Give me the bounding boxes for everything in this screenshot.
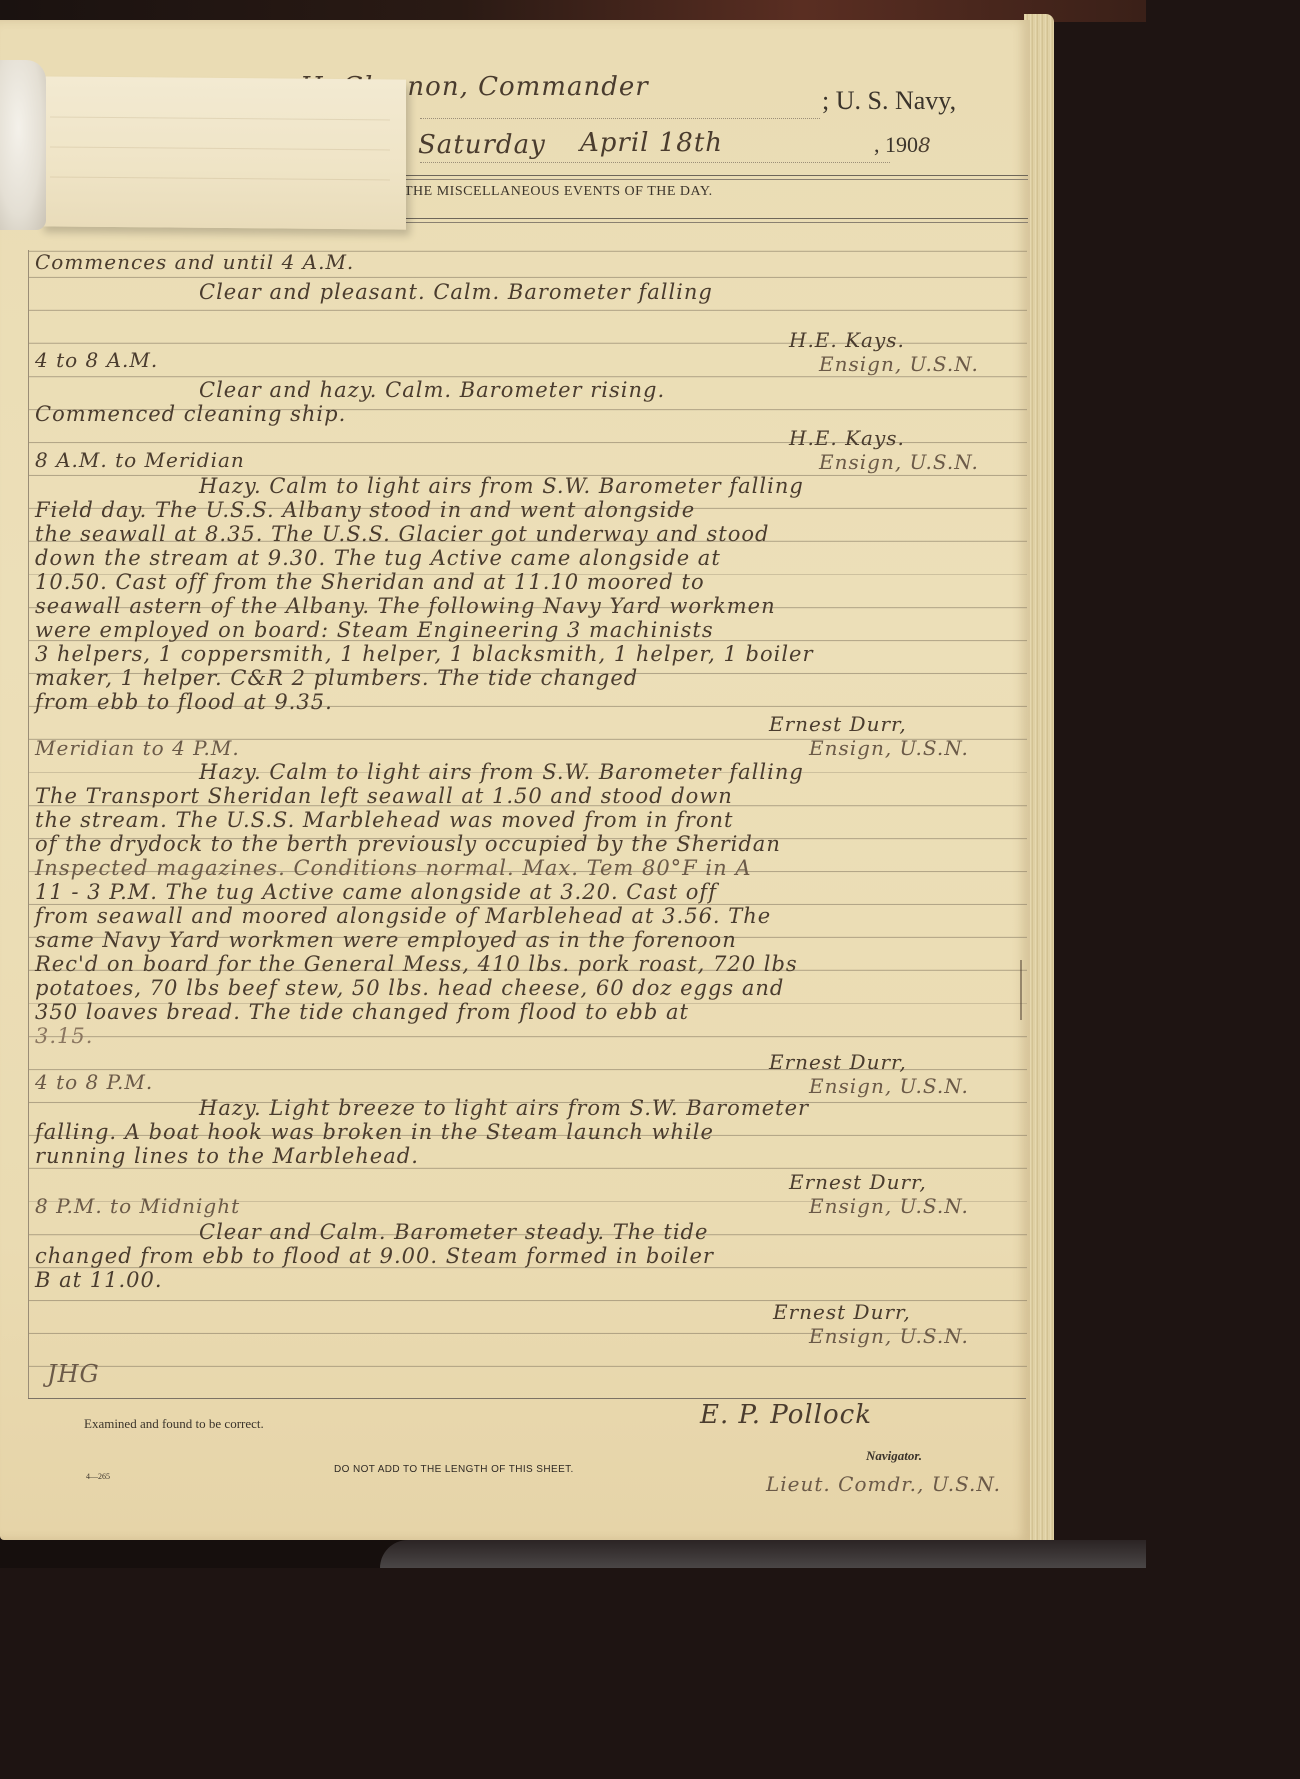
examined-statement: Examined and found to be correct. xyxy=(84,1416,264,1432)
day-of-week: Saturday xyxy=(418,130,546,160)
officer-rank: Ensign, U.S.N. xyxy=(809,1194,969,1218)
navigator-rank: Lieut. Comdr., U.S.N. xyxy=(766,1472,1001,1496)
log-line: Rec'd on board for the General Mess, 410… xyxy=(35,952,798,976)
book-cover-edge xyxy=(0,0,1146,22)
watch-heading: 4 to 8 A.M. xyxy=(35,348,158,372)
section-title: THE MISCELLANEOUS EVENTS OF THE DAY. xyxy=(404,184,713,200)
log-sheet: H. Glennon, Commander ; U. S. Navy, Satu… xyxy=(0,20,1030,1540)
log-line: Field day. The U.S.S. Albany stood in an… xyxy=(35,498,695,522)
sheet-length-notice: DO NOT ADD TO THE LENGTH OF THIS SHEET. xyxy=(334,1464,574,1475)
log-line: seawall astern of the Albany. The follow… xyxy=(35,594,776,618)
log-line: of the drydock to the berth previously o… xyxy=(35,832,781,856)
margin-initials: JHG xyxy=(47,1360,100,1388)
log-line: 3 helpers, 1 coppersmith, 1 helper, 1 bl… xyxy=(35,642,814,666)
officer-rank: Ensign, U.S.N. xyxy=(819,450,979,474)
officer-rank: Ensign, U.S.N. xyxy=(809,1324,969,1348)
book-bottom-edge xyxy=(0,1540,1146,1568)
flap-ghost-line xyxy=(50,146,390,150)
scanned-log-page: H. Glennon, Commander ; U. S. Navy, Satu… xyxy=(0,0,1146,1568)
year-prefix: , 190 xyxy=(874,132,918,157)
log-line: 350 loaves bread. The tide changed from … xyxy=(35,1000,689,1024)
log-line: Inspected magazines. Conditions normal. … xyxy=(35,856,752,880)
navigator-signature: E. P. Pollock xyxy=(700,1400,872,1430)
watch-heading: 8 P.M. to Midnight xyxy=(35,1194,240,1218)
officer-signature: Ernest Durr, xyxy=(769,1050,907,1074)
log-line: Hazy. Calm to light airs from S.W. Barom… xyxy=(199,474,804,498)
log-line: Clear and pleasant. Calm. Barometer fall… xyxy=(199,280,713,304)
margin-mark xyxy=(1020,960,1028,1020)
watch-heading: Commences and until 4 A.M. xyxy=(35,250,354,274)
officer-rank: Ensign, U.S.N. xyxy=(819,352,979,376)
year-field: , 1908 xyxy=(874,132,932,158)
officer-signature: H.E. Kays. xyxy=(789,328,905,352)
log-line: Clear and Calm. Barometer steady. The ti… xyxy=(199,1220,708,1244)
log-line: running lines to the Marblehead. xyxy=(35,1144,419,1168)
log-date: April 18th xyxy=(580,128,723,158)
log-line: The Transport Sheridan left seawall at 1… xyxy=(35,784,733,808)
page-tab xyxy=(380,1540,1146,1568)
officer-signature: Ernest Durr, xyxy=(773,1300,911,1324)
officer-rank: Ensign, U.S.N. xyxy=(809,736,969,760)
log-line: Clear and hazy. Calm. Barometer rising. xyxy=(199,378,665,402)
log-line: from ebb to flood at 9.35. xyxy=(35,690,333,714)
flap-ghost-line xyxy=(50,116,390,120)
log-entries-area: Commences and until 4 A.M. Clear and ple… xyxy=(28,250,1027,1398)
log-line: 10.50. Cast off from the Sheridan and at… xyxy=(35,570,705,594)
log-line: from seawall and moored alongside of Mar… xyxy=(35,904,771,928)
cloth-weight xyxy=(0,60,46,230)
log-area-bottom-rule xyxy=(28,1398,1026,1399)
folded-page-flap xyxy=(40,76,406,229)
log-line: Commenced cleaning ship. xyxy=(35,402,346,426)
header-rule-2 xyxy=(420,162,890,163)
officer-signature: Ernest Durr, xyxy=(769,712,907,736)
log-line: changed from ebb to flood at 9.00. Steam… xyxy=(35,1244,714,1268)
year-digit: 8 xyxy=(918,133,932,157)
service-label: ; U. S. Navy, xyxy=(822,86,956,116)
log-line: B at 11.00. xyxy=(35,1268,163,1292)
log-line: were employed on board: Steam Engineerin… xyxy=(35,618,714,642)
officer-signature: Ernest Durr, xyxy=(789,1170,927,1194)
log-line: potatoes, 70 lbs beef stew, 50 lbs. head… xyxy=(35,976,784,1000)
log-line: Hazy. Light breeze to light airs from S.… xyxy=(199,1096,809,1120)
log-line: maker, 1 helper. C&R 2 plumbers. The tid… xyxy=(35,666,638,690)
watch-heading: 8 A.M. to Meridian xyxy=(35,448,245,472)
log-line: 3.15. xyxy=(35,1024,93,1048)
log-line: down the stream at 9.30. The tug Active … xyxy=(35,546,721,570)
log-line: same Navy Yard workmen were employed as … xyxy=(35,928,737,952)
flap-ghost-line xyxy=(50,176,390,180)
log-line: the seawall at 8.35. The U.S.S. Glacier … xyxy=(35,522,769,546)
form-number: 4—265 xyxy=(86,1472,110,1481)
officer-rank: Ensign, U.S.N. xyxy=(809,1074,969,1098)
section-divider xyxy=(404,218,1028,223)
officer-signature: H.E. Kays. xyxy=(789,426,905,450)
log-line: 11 - 3 P.M. The tug Active came alongsid… xyxy=(35,880,717,904)
log-line: the stream. The U.S.S. Marblehead was mo… xyxy=(35,808,733,832)
watch-heading: 4 to 8 P.M. xyxy=(35,1070,153,1094)
header-rule-1 xyxy=(420,118,820,119)
log-line: falling. A boat hook was broken in the S… xyxy=(35,1120,714,1144)
navigator-label: Navigator. xyxy=(866,1448,922,1464)
watch-heading: Meridian to 4 P.M. xyxy=(35,736,240,760)
log-line: Hazy. Calm to light airs from S.W. Barom… xyxy=(199,760,804,784)
